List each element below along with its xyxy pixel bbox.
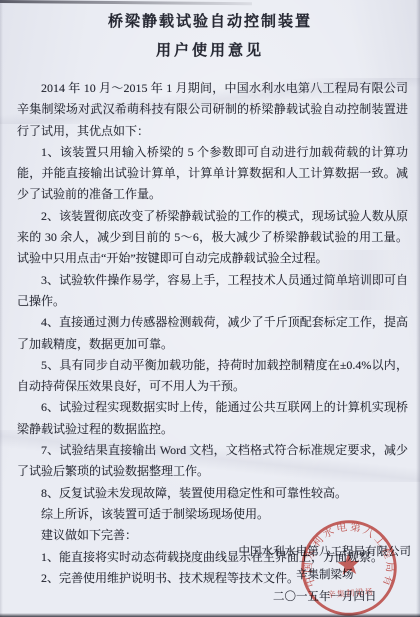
official-seal-stamp: 中国水利水电第八工程局有限公司 辛集制梁场 — [292, 511, 405, 617]
advantage-3: 3、试验软件操作易学，容易上手，工程技术人员通过简单培训即可自己操作。 — [17, 270, 408, 313]
scanned-document-page: 桥梁静载试验自动控制装置 用户使用意见 2014 年 10 月～2015 年 1… — [0, 0, 420, 617]
seal-site-text: 辛集制梁场 — [327, 586, 374, 599]
scan-edge-left — [0, 0, 3, 617]
advantage-2: 2、该装置彻底改变了桥梁静载试验的工作的模式，现场试验人数从原来的 30 余人，… — [17, 206, 408, 270]
document-body: 2014 年 10 月～2015 年 1 月期间，中国水利水电第八工程局有限公司… — [17, 78, 408, 589]
document-title: 桥梁静载试验自动控制装置 — [0, 10, 420, 31]
advantage-8: 8、反复试验未发现故障，装置使用稳定性和可靠性较高。 — [17, 483, 408, 504]
scan-edge-bottom — [0, 613, 420, 617]
scan-edge-top — [0, 0, 252, 5]
scan-edge-right — [416, 0, 420, 617]
paragraph-intro: 2014 年 10 月～2015 年 1 月期间，中国水利水电第八工程局有限公司… — [17, 78, 408, 142]
advantage-1: 1、该装置只用输入桥梁的 5 个参数即可自动进行加载荷载的计算功能，并能直接输出… — [17, 142, 408, 206]
advantage-5: 5、具有同步自动平衡加载功能，持荷时加载控制精度在±0.4%以内，自动持荷保压效… — [17, 355, 408, 398]
seal-star-icon — [337, 553, 360, 575]
document-subtitle: 用户使用意见 — [0, 39, 420, 60]
seal-arc-text: 中国水利水电第八工程局有限公司 — [292, 511, 398, 597]
advantage-7: 7、试验结果直接输出 Word 文档，文档格式符合标准规定要求，减少了试验后繁琐… — [17, 440, 408, 483]
advantage-6: 6、试验过程实现数据实时上传，能通过公共互联网上的计算机实现桥梁静载试验过程的数… — [17, 397, 408, 440]
advantage-4: 4、直接通过测力传感器检测载荷，减少了千斤顶配套标定工作，提高了加载精度，数据更… — [17, 312, 408, 355]
